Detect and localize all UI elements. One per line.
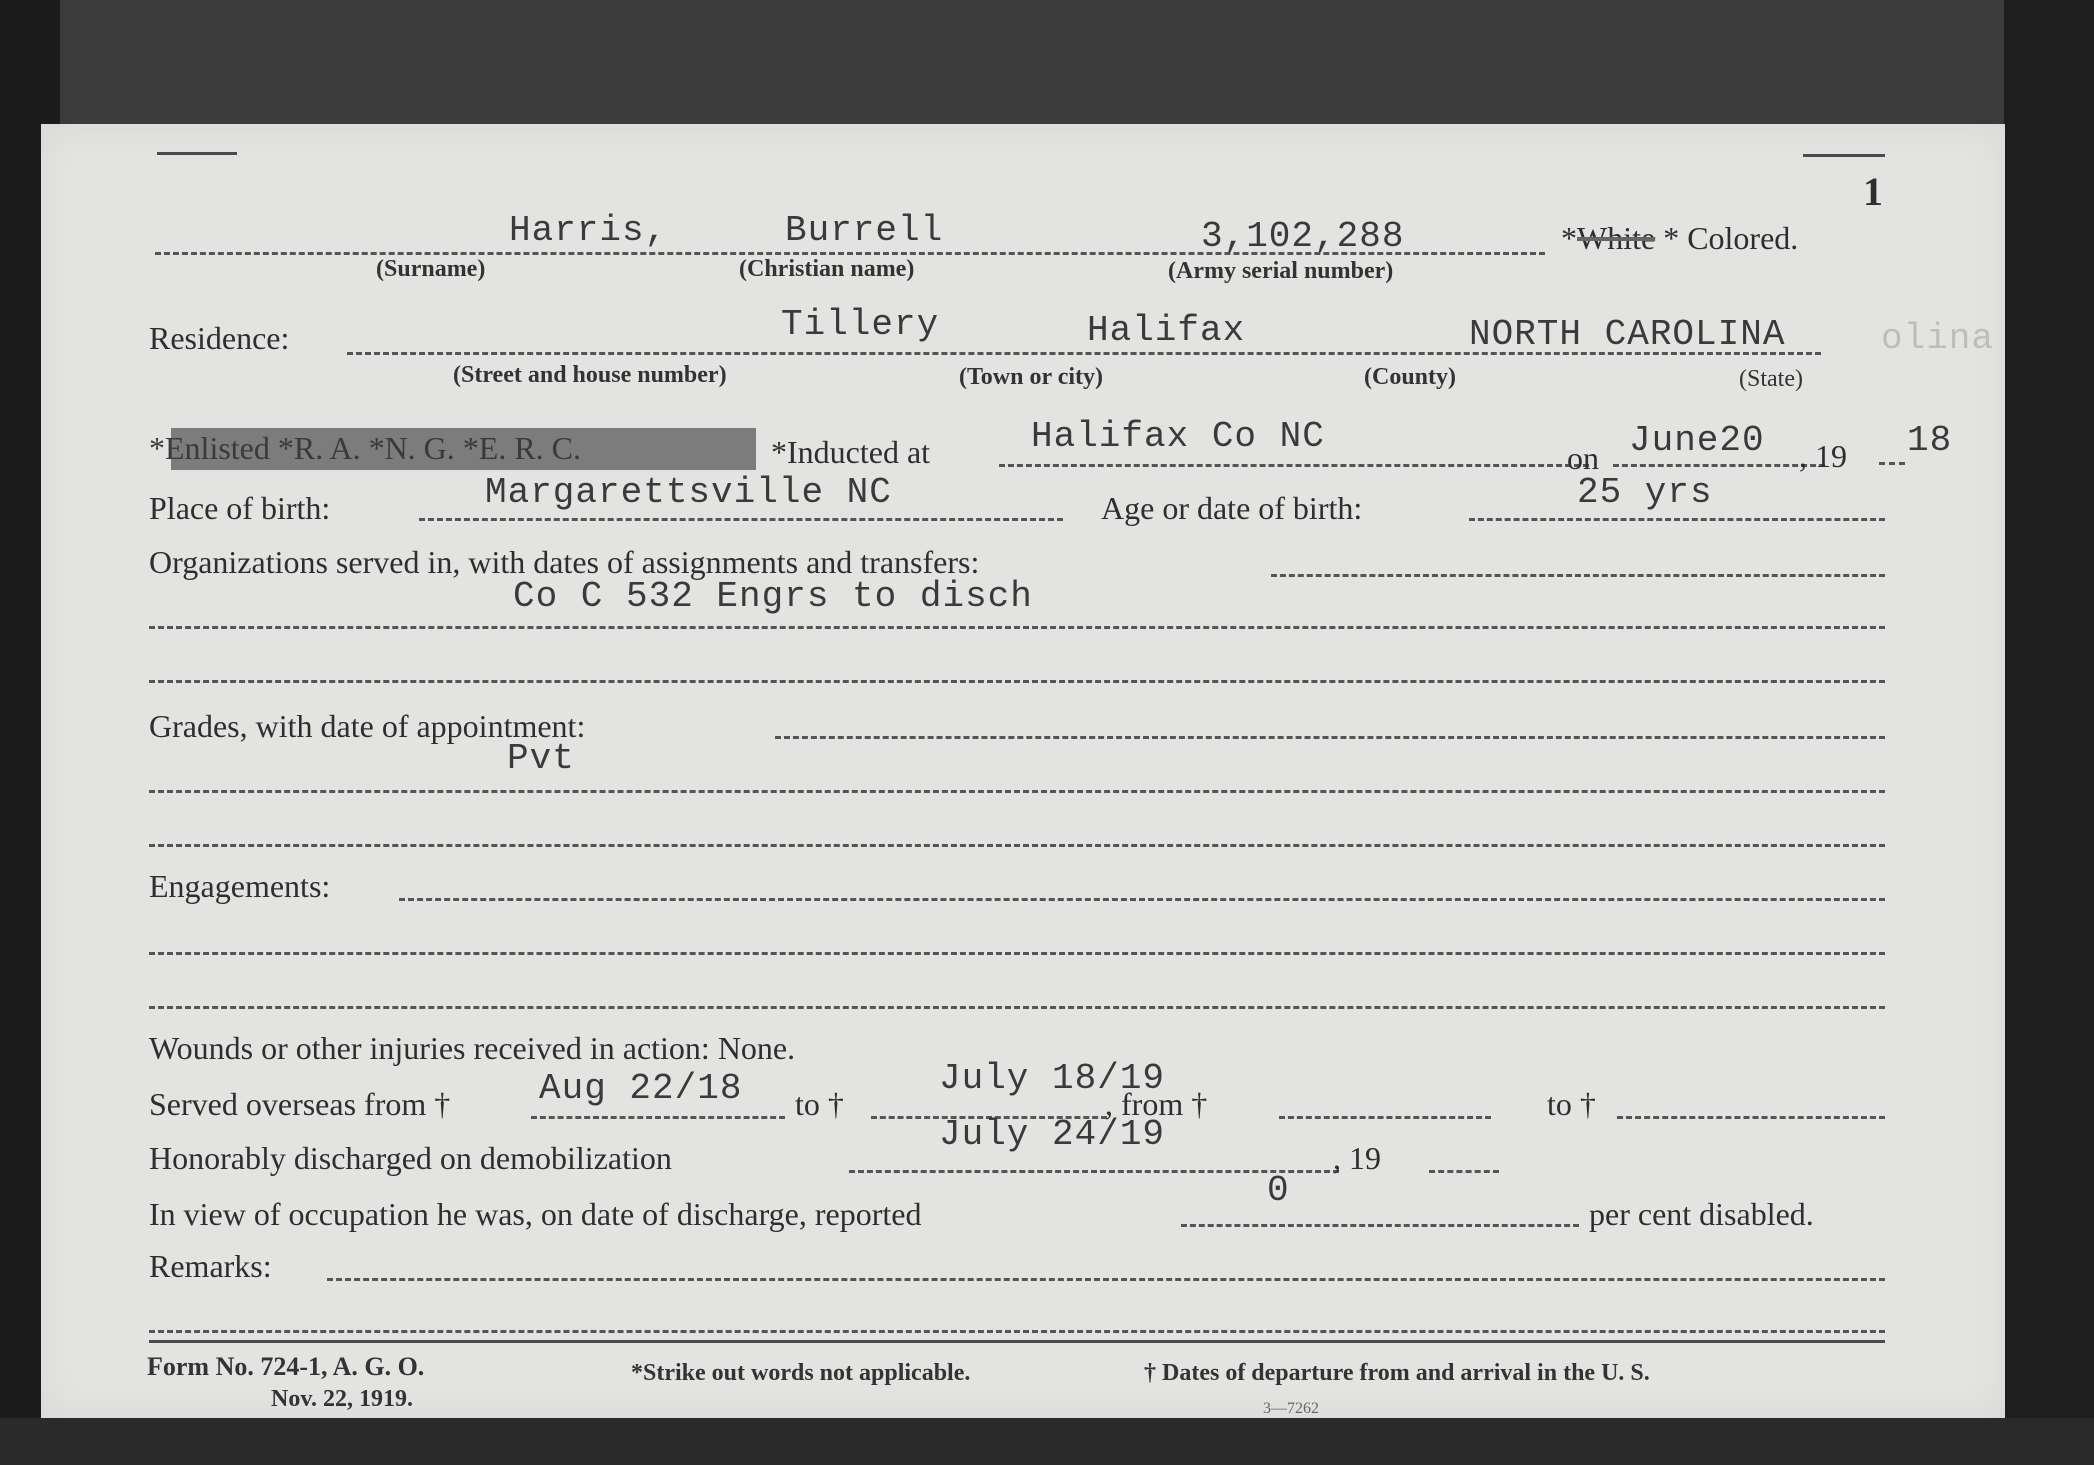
grades-value: Pvt [507, 738, 575, 779]
residence-street-value: Tillery [781, 304, 939, 345]
overseas-from-value: Aug 22/18 [539, 1068, 742, 1109]
engagements-line-1 [399, 898, 1885, 901]
inducted-line [999, 464, 1589, 467]
engagements-line-2 [149, 952, 1885, 955]
footnote-strike: *Strike out words not applicable. [631, 1360, 970, 1387]
engagements-line-3 [149, 1006, 1885, 1009]
footnote-dates: † Dates of departure from and arrival in… [1144, 1360, 1650, 1387]
age-value: 25 yrs [1577, 472, 1713, 513]
label-army-serial: (Army serial number) [1168, 258, 1393, 285]
discharge-year-suffix: , 19 [1333, 1140, 1381, 1177]
age-label: Age or date of birth: [1101, 490, 1362, 527]
enlisted-options-redacted: *Enlisted *R. A. *N. G. *E. R. C. [149, 430, 581, 467]
label-state: (State) [1739, 366, 1803, 393]
year-prefix: , 19 [1799, 438, 1847, 475]
residence-overflow-text: olina [1881, 318, 1994, 359]
engagements-label: Engagements: [149, 868, 330, 905]
wounds-value: None. [718, 1030, 795, 1066]
induction-date-value: June20 [1629, 420, 1765, 461]
discharge-label: Honorably discharged on demobilization [149, 1140, 672, 1177]
form-number: Form No. 724-1, A. G. O. [147, 1352, 424, 1382]
disability-value: 0 [1267, 1170, 1290, 1211]
age-line [1469, 518, 1885, 521]
remarks-label: Remarks: [149, 1248, 272, 1285]
date-line [1613, 464, 1825, 467]
overseas-from-line [531, 1116, 785, 1119]
grades-line-2 [149, 790, 1885, 793]
asterisk-white: * [1561, 220, 1577, 256]
service-record-card: 1 Harris, Burrell 3,102,288 *White * Col… [41, 124, 2005, 1418]
place-of-birth-label: Place of birth: [149, 490, 330, 527]
christian-name-value: Burrell [785, 210, 943, 251]
top-left-rule [157, 152, 237, 155]
discharge-year-line [1429, 1170, 1499, 1173]
discharge-date-value: July 24/19 [939, 1114, 1165, 1155]
race-colored: Colored. [1687, 220, 1798, 256]
served-overseas-label: Served overseas from † [149, 1086, 450, 1123]
wounds-label: Wounds or other injuries received in act… [149, 1030, 795, 1067]
place-of-birth-line [419, 518, 1063, 521]
race-white-struck: White [1577, 220, 1655, 256]
label-county: (County) [1364, 364, 1456, 391]
grades-line-1 [775, 736, 1885, 739]
card-number: 1 [1863, 168, 1883, 215]
label-christian-name: (Christian name) [739, 256, 914, 283]
print-code: 3—7262 [1263, 1400, 1319, 1418]
inducted-at-label: *Inducted at [771, 434, 930, 471]
inducted-at-value: Halifax Co NC [1031, 416, 1325, 457]
asterisk-colored: * [1663, 220, 1679, 256]
residence-label: Residence: [149, 320, 289, 357]
scan-border-right [2004, 0, 2094, 1465]
place-of-birth-value: Margarettsville NC [485, 472, 892, 513]
disability-label: In view of occupation he was, on date of… [149, 1196, 921, 1233]
scan-border-bottom [0, 1418, 2094, 1465]
organizations-line-2 [149, 626, 1885, 629]
remarks-line-1 [327, 1278, 1885, 1281]
discharge-line [849, 1170, 1339, 1173]
disability-suffix: per cent disabled. [1589, 1196, 1814, 1233]
overseas-to-label: to † [795, 1086, 844, 1123]
induction-year-value: 18 [1907, 420, 1952, 461]
residence-town-value: Halifax [1087, 310, 1245, 351]
overseas-from-line-2 [1279, 1116, 1491, 1119]
label-surname: (Surname) [376, 256, 485, 283]
grades-line-3 [149, 844, 1885, 847]
remarks-line-2 [149, 1330, 1885, 1333]
footer-rule [149, 1340, 1885, 1343]
race-field: *White * Colored. [1561, 220, 1798, 257]
organizations-value: Co C 532 Engrs to disch [513, 576, 1033, 617]
year-line [1879, 462, 1905, 465]
organizations-line-3 [149, 680, 1885, 683]
disability-line [1181, 1224, 1579, 1227]
army-serial-value: 3,102,288 [1201, 216, 1404, 257]
organizations-line-1 [1271, 574, 1885, 577]
residence-state-value: NORTH CAROLINA [1469, 314, 1785, 355]
overseas-to-label-2: to † [1547, 1086, 1596, 1123]
top-right-rule [1803, 154, 1885, 157]
overseas-to-line-2 [1617, 1116, 1885, 1119]
label-street: (Street and house number) [453, 362, 727, 389]
form-date: Nov. 22, 1919. [271, 1386, 413, 1413]
surname-value: Harris, [509, 210, 667, 251]
label-town: (Town or city) [959, 364, 1103, 391]
wounds-label-text: Wounds or other injuries received in act… [149, 1030, 710, 1066]
